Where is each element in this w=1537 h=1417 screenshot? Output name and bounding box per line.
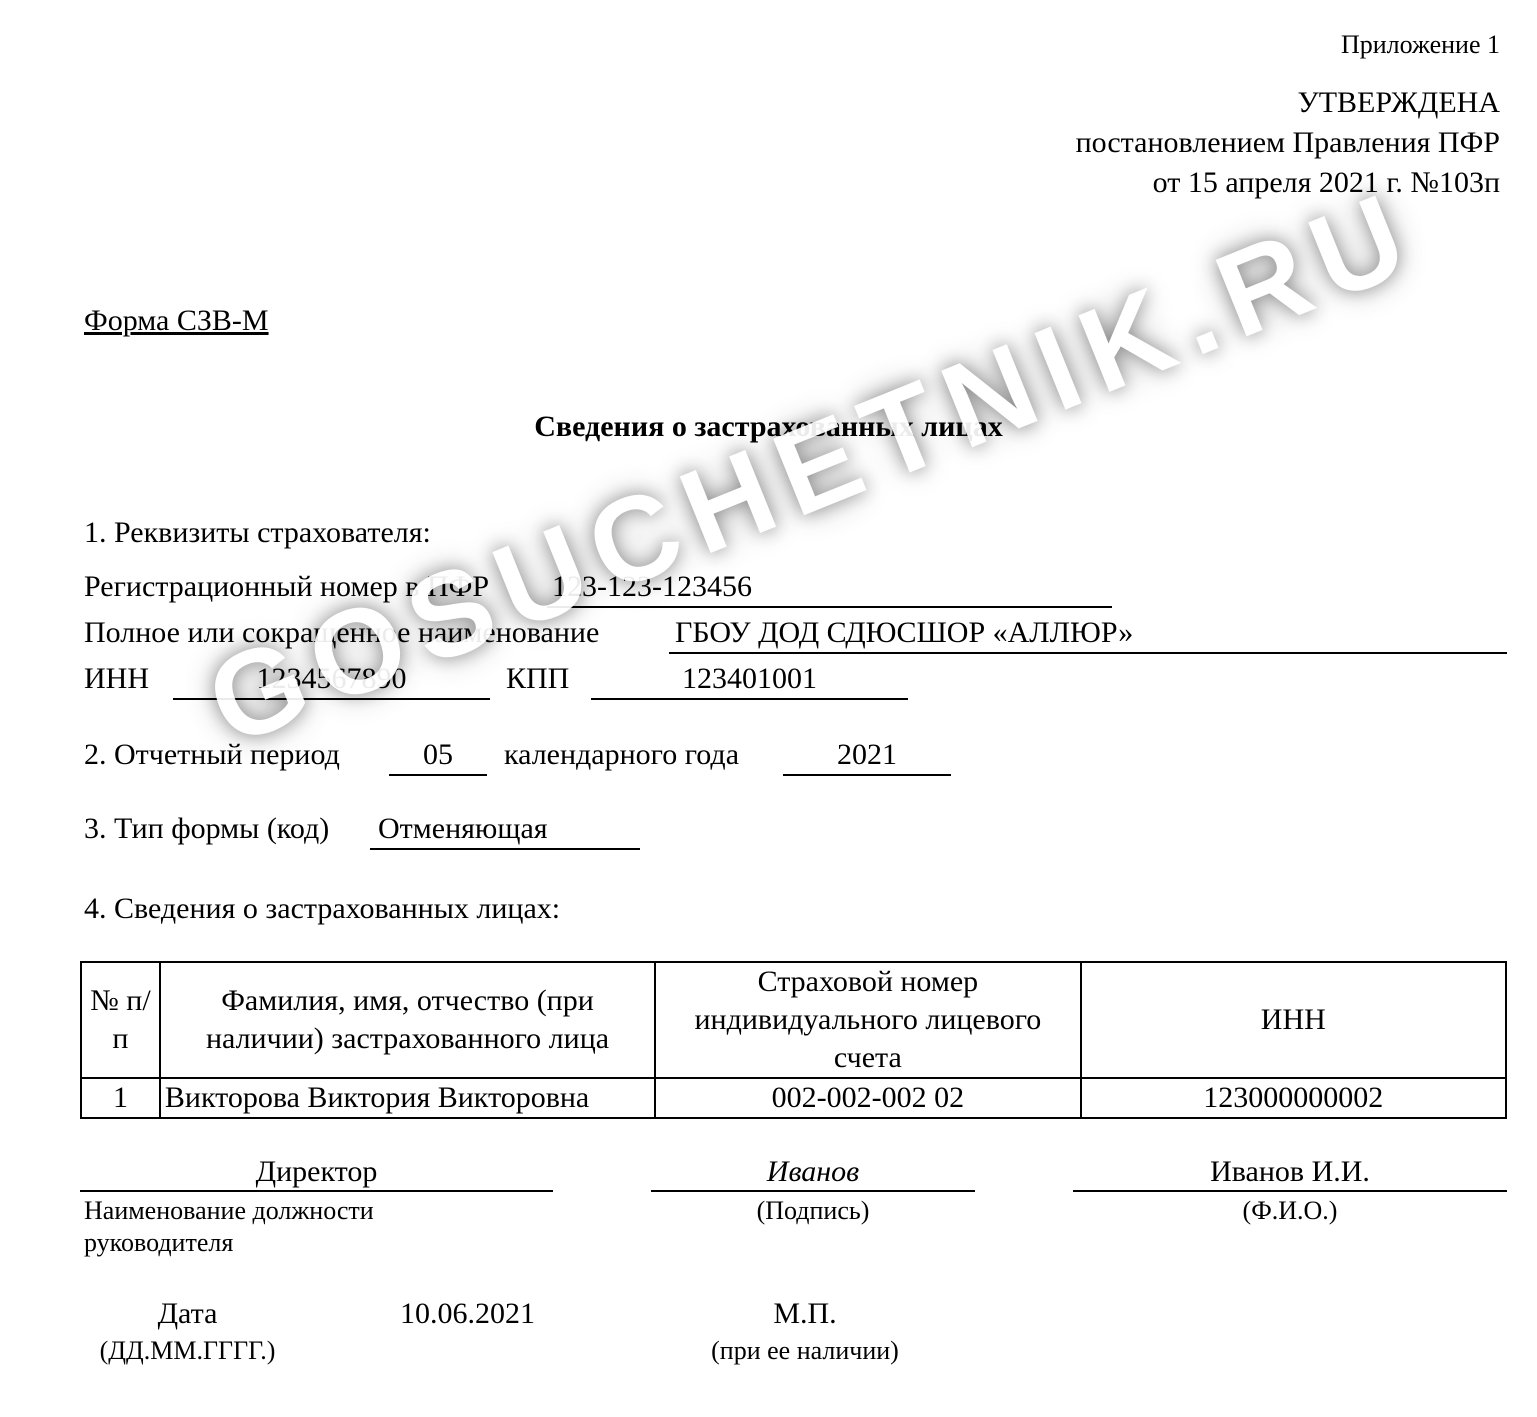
reg-number-value: 123-123-123456 xyxy=(552,570,752,604)
column-header-fio: Фамилия, имя, отчество (при наличии) зас… xyxy=(160,962,655,1078)
reg-number-underline xyxy=(547,606,1112,608)
name-underline xyxy=(669,652,1507,654)
kpp-underline xyxy=(591,698,908,700)
signature-value: Иванов xyxy=(651,1155,975,1189)
position-caption-1: Наименование должности xyxy=(84,1196,374,1226)
period-value: 05 xyxy=(389,738,487,772)
stamp-caption: (при ее наличии) xyxy=(680,1336,930,1366)
year-label: календарного года xyxy=(504,738,739,772)
signature-underline xyxy=(651,1190,975,1192)
approved-date: от 15 апреля 2021 г. №103п xyxy=(1153,166,1500,200)
fio-value: Иванов И.И. xyxy=(1073,1155,1507,1189)
cell-number: 1 xyxy=(81,1078,160,1118)
form-type-value: Отменяющая xyxy=(378,812,548,846)
date-value: 10.06.2021 xyxy=(400,1297,535,1331)
fio-caption: (Ф.И.О.) xyxy=(1073,1196,1507,1226)
inn-label: ИНН xyxy=(84,662,149,696)
column-header-number: № п/п xyxy=(81,962,160,1078)
column-header-snils: Страховой номер индивидуального лицевого… xyxy=(655,962,1080,1078)
appendix-label: Приложение 1 xyxy=(1341,30,1500,60)
name-value: ГБОУ ДОД СДЮСШОР «АЛЛЮР» xyxy=(675,616,1133,650)
cell-inn: 123000000002 xyxy=(1081,1078,1506,1118)
section1-heading: 1. Реквизиты страхователя: xyxy=(84,516,431,550)
period-label: 2. Отчетный период xyxy=(84,738,340,772)
fio-underline xyxy=(1073,1190,1507,1192)
date-caption: (ДД.ММ.ГГГГ.) xyxy=(80,1336,295,1366)
position-underline xyxy=(80,1190,553,1192)
section4-heading: 4. Сведения о застрахованных лицах: xyxy=(84,892,560,926)
insured-persons-table: № п/п Фамилия, имя, отчество (при наличи… xyxy=(80,961,1507,1119)
signature-caption: (Подпись) xyxy=(651,1196,975,1226)
inn-underline xyxy=(173,698,490,700)
position-value: Директор xyxy=(80,1155,553,1189)
kpp-value: 123401001 xyxy=(591,662,908,696)
year-value: 2021 xyxy=(783,738,951,772)
table-row: 1 Викторова Виктория Викторовна 002-002-… xyxy=(81,1078,1506,1118)
cell-fio: Викторова Виктория Викторовна xyxy=(160,1078,655,1118)
page-title: Сведения о застрахованных лицах xyxy=(0,410,1537,444)
inn-value: 1234567890 xyxy=(173,662,490,696)
column-header-inn: ИНН xyxy=(1081,962,1506,1078)
year-underline xyxy=(783,774,951,776)
form-name: Форма СЗВ-М xyxy=(84,304,269,338)
cell-snils: 002-002-002 02 xyxy=(655,1078,1080,1118)
form-type-underline xyxy=(370,848,640,850)
kpp-label: КПП xyxy=(506,662,569,696)
form-type-label: 3. Тип формы (код) xyxy=(84,812,329,846)
stamp-label: М.П. xyxy=(680,1297,930,1331)
name-label: Полное или сокращенное наименование xyxy=(84,616,599,650)
reg-number-label: Регистрационный номер в ПФР xyxy=(84,570,489,604)
position-caption-2: руководителя xyxy=(84,1228,233,1258)
approved-by: постановлением Правления ПФР xyxy=(1076,126,1500,160)
approved-label: УТВЕРЖДЕНА xyxy=(1297,86,1500,120)
period-underline xyxy=(389,774,487,776)
date-label: Дата xyxy=(80,1297,295,1331)
